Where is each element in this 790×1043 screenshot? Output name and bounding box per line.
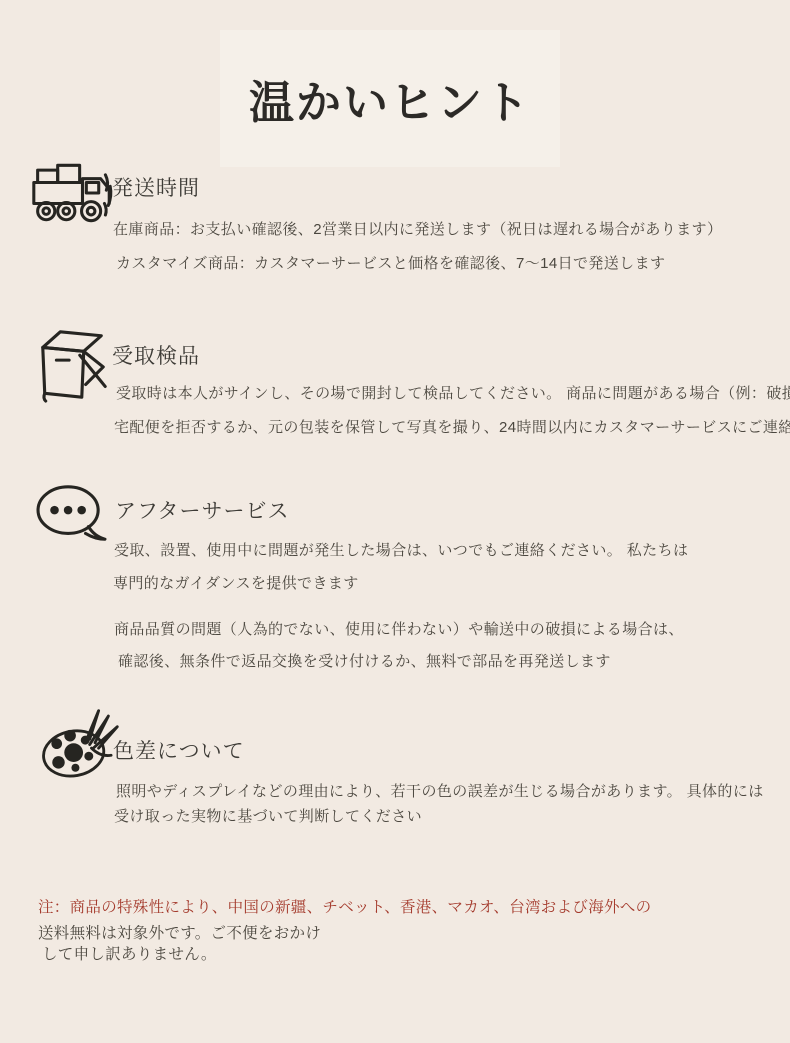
shipping-exclusion-note-2: 送料無料は対象外です。ご不便をおかけ <box>38 921 321 943</box>
inspection-line-2: 宅配便を拒否するか、元の包装を保管して写真を撮り、24時間以内にカスタマーサービ… <box>114 416 790 437</box>
box-icon <box>36 326 110 404</box>
chat-bubble-icon <box>33 482 109 546</box>
after-service-line-2: 専門的なガイダンスを提供できます <box>113 572 359 593</box>
shipping-exclusion-note-3: して申し訳ありません。 <box>42 942 217 964</box>
shipping-exclusion-note-red: 注：商品の特殊性により、中国の新疆、チベット、香港、マカオ、台湾および海外への <box>38 895 651 917</box>
shipping-line-1: 在庫商品：お支払い確認後、2営業日以内に発送します（祝日は遅れる場合があります） <box>113 218 722 239</box>
shipping-line-2: カスタマイズ商品：カスタマーサービスと価格を確認後、7〜14日で発送します <box>116 252 665 273</box>
inspection-line-1: 受取時は本人がサインし、その場で開封して検品してください。 商品に問題がある場合… <box>116 382 790 403</box>
after-service-line-4: 確認後、無条件で返品交換を受け付けるか、無料で部品を再発送します <box>118 650 611 671</box>
color-difference-line-2: 受け取った実物に基づいて判断してください <box>114 806 444 828</box>
section-heading-inspection: 受取検品 <box>112 340 200 370</box>
section-heading-after-service: アフターサービス <box>115 495 290 525</box>
section-heading-color-difference: 色差について <box>113 735 245 765</box>
after-service-line-1: 受取、設置、使用中に問題が発生した場合は、いつでもご連絡ください。 私たちは <box>114 539 688 560</box>
color-difference-line-1: 照明やディスプレイなどの理由により、若干の色の誤差が生じる場合があります。 具体… <box>116 780 764 801</box>
after-service-line-3: 商品品質の問題（人為的でない、使用に伴わない）や輸送中の破損による場合は、 <box>114 618 684 639</box>
palette-icon <box>38 700 120 782</box>
warm-tips-panel: 温かいヒント 発送時間 在庫商品：お支払い確認後、2営業日以内に発送します（祝日… <box>0 0 790 1043</box>
title-box: 温かいヒント <box>220 30 560 167</box>
page-title: 温かいヒント <box>249 66 531 131</box>
section-heading-shipping: 発送時間 <box>112 172 200 202</box>
truck-icon <box>30 160 114 226</box>
